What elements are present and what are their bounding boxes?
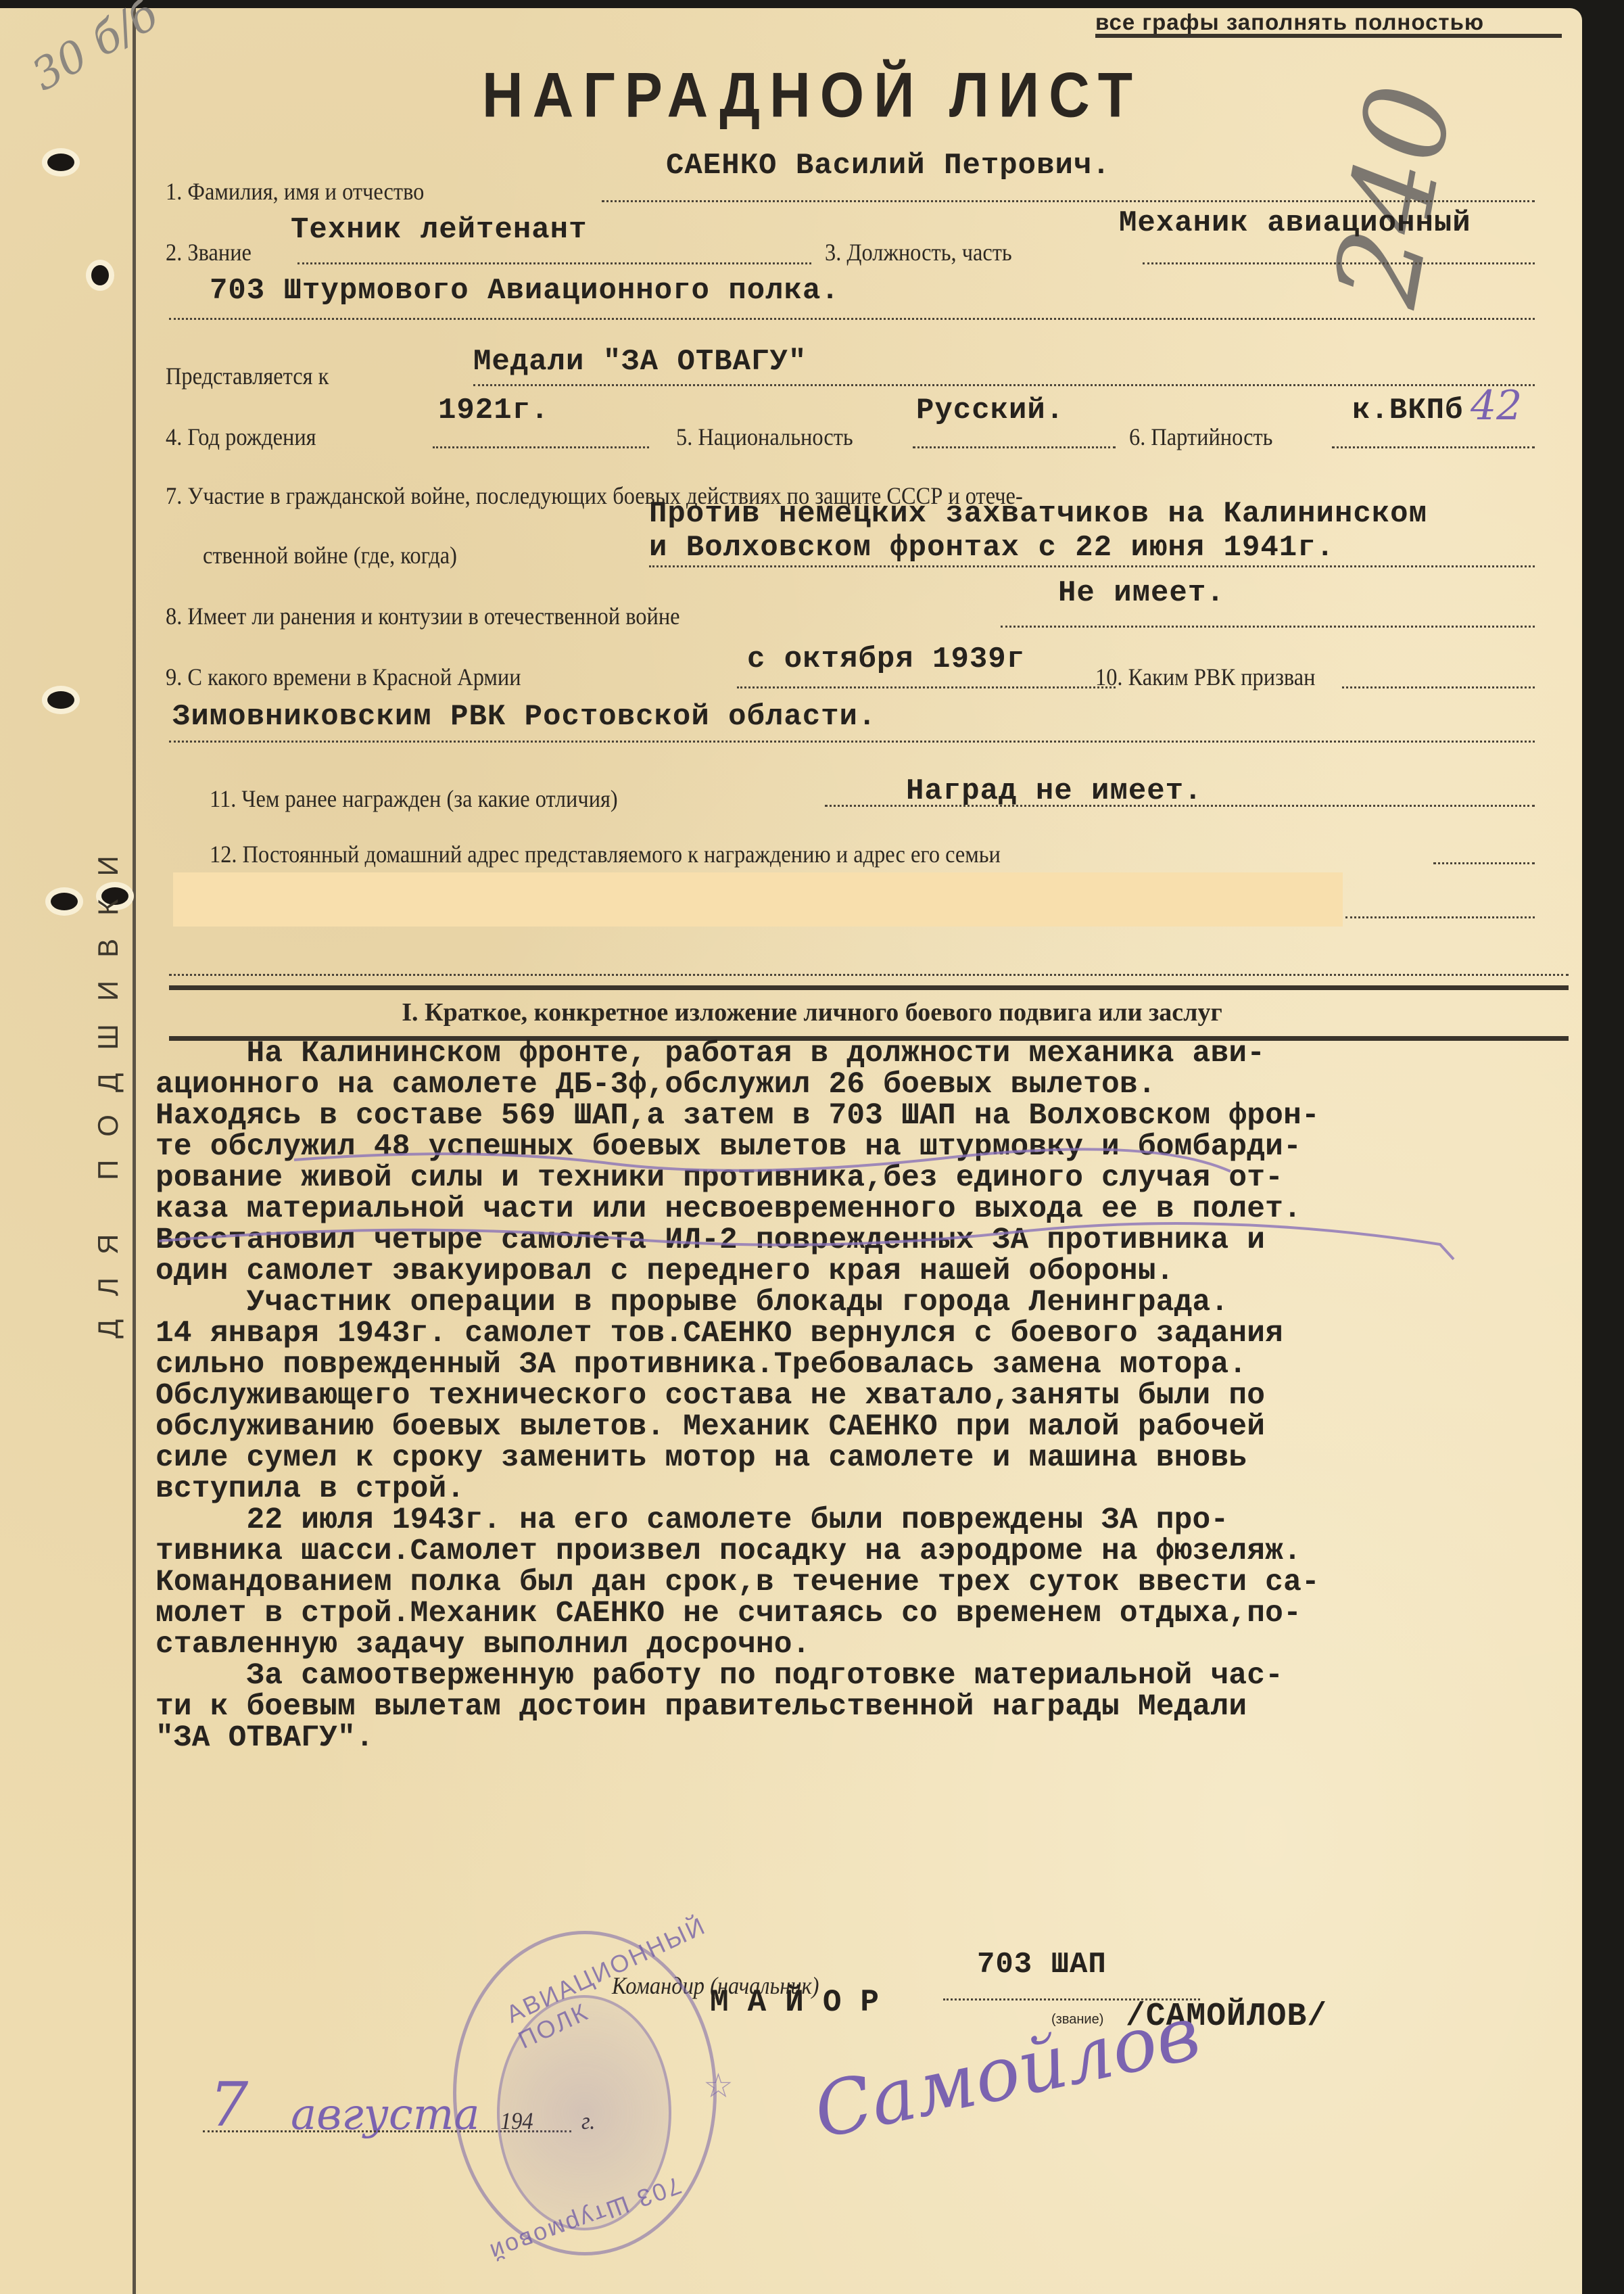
regiment-stamp: АВИАЦИОННЫЙ ПОЛК 703 Штурмовой — [453, 1931, 717, 2255]
pen-underline-marks — [0, 0, 1624, 2294]
commander-rank: МАЙОР — [710, 1985, 898, 2020]
commander-unit: 703 ШАП — [977, 1948, 1107, 1982]
star-icon: ☆ — [703, 2066, 734, 2105]
